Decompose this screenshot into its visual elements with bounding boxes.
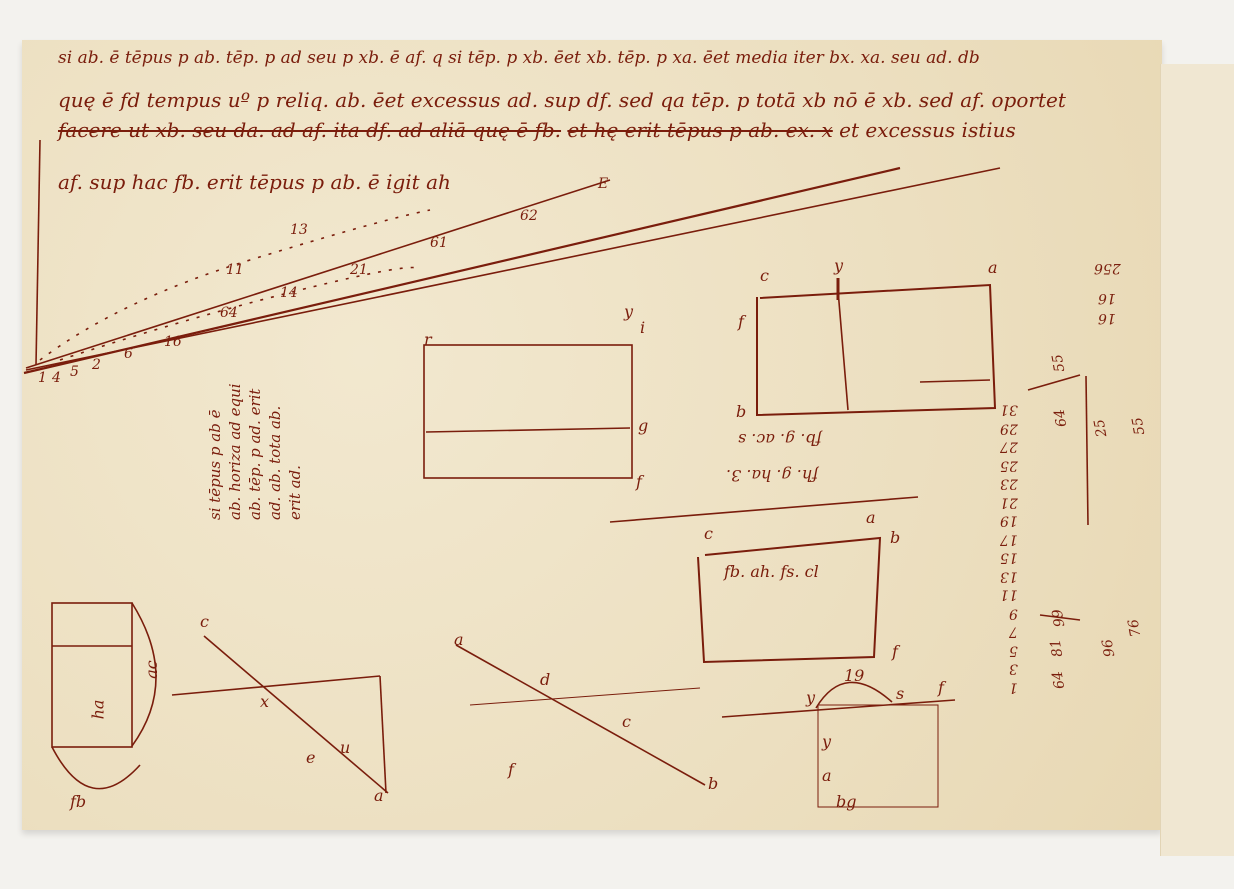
label-a: a	[866, 508, 876, 527]
cyl-label-fb: fb	[70, 792, 86, 811]
ray-label: 2	[92, 357, 101, 373]
ray-label: 4	[52, 370, 61, 386]
crossline-2	[470, 688, 700, 705]
ray-label: 21	[350, 262, 368, 278]
dotted-curve-1	[40, 210, 430, 360]
label-y: y	[624, 302, 633, 321]
calc-mid-3: 25	[1091, 418, 1110, 438]
calc-top-2: 16	[1098, 290, 1116, 306]
arch-baseline	[722, 700, 955, 717]
tri2-label-b: b	[708, 774, 718, 793]
arch-label-a: a	[822, 766, 832, 785]
label-a: a	[988, 258, 998, 277]
calc-top-3: 16	[1098, 310, 1116, 326]
number-item: 19	[1000, 511, 1018, 530]
label-b: b	[890, 528, 900, 547]
label-b: b	[736, 402, 746, 421]
rect-divider-y	[838, 290, 848, 410]
label-i: i	[640, 318, 645, 337]
ray-label: 11	[226, 262, 244, 278]
ray-label: 13	[290, 222, 308, 238]
ray-label: 5	[70, 364, 79, 380]
calc-mid-2: 64	[1051, 408, 1070, 428]
number-item: 29	[1000, 419, 1018, 438]
arch-label-19: 19	[844, 666, 864, 685]
inner-line	[920, 380, 990, 382]
label-y: y	[834, 256, 843, 275]
ray-label: 14	[280, 285, 298, 301]
calc-bottom-3: 64	[1049, 670, 1068, 690]
rect-top-right	[757, 285, 995, 415]
label-c: c	[760, 266, 769, 285]
number-item: 11	[1000, 585, 1018, 604]
number-item: 7	[1000, 622, 1018, 641]
tri2-label-c: c	[622, 712, 631, 731]
under-rect-text-2: fh. g. ha. 3.	[726, 466, 818, 485]
label-f: f	[738, 312, 744, 331]
dotted-curve-2	[60, 268, 420, 361]
label-r: r	[424, 330, 432, 349]
calc-mid-4: 55	[1129, 416, 1148, 436]
tri-label-a: a	[374, 786, 384, 805]
number-item: 31	[1000, 400, 1018, 419]
rect-left	[424, 345, 632, 478]
calc-line	[1028, 375, 1080, 390]
tri2-label-f: f	[508, 760, 514, 779]
numbers-column: 31 29 27 25 23 21 19 17 15 13 11 9 7 5 3…	[1000, 400, 1018, 696]
arch	[816, 682, 892, 708]
tri-label-u: u	[340, 738, 350, 757]
number-item: 1	[1000, 678, 1018, 697]
calc-bottom-1: 99	[1049, 608, 1068, 628]
ray-label: 1	[38, 370, 47, 386]
ray-label: E	[598, 176, 608, 192]
ray-label: 64	[220, 305, 238, 321]
calc-mid-1: 55	[1049, 353, 1068, 373]
rect-left-divider	[426, 428, 630, 432]
number-item: 21	[1000, 493, 1018, 512]
cylinder-bottom	[52, 747, 140, 789]
number-item: 3	[1000, 659, 1018, 678]
arch-label-bg: bg	[836, 792, 856, 811]
calc-bottom-4: 96	[1099, 638, 1118, 658]
tri-label-c: c	[200, 612, 209, 631]
tri2-label-a: a	[454, 630, 464, 649]
number-item: 17	[1000, 530, 1018, 549]
side-1	[380, 676, 386, 793]
number-item: 5	[1000, 641, 1018, 660]
arch-label-f: f	[938, 678, 944, 697]
ray-label: 6	[124, 346, 133, 362]
arch-label-y: y	[806, 688, 815, 707]
cyl-label-ac: ac	[142, 660, 161, 679]
number-item: 25	[1000, 456, 1018, 475]
arch-label-s: s	[896, 684, 904, 703]
diagrams	[0, 0, 1234, 889]
label-f: f	[636, 472, 642, 491]
ray-label: 16	[164, 334, 182, 350]
calc-bottom-5: 76	[1125, 618, 1144, 638]
tri2-label-d: d	[540, 670, 550, 689]
diag-1	[204, 636, 388, 793]
under-rect-text-1: fb. g. ac. s	[738, 430, 822, 449]
vertical-axis	[36, 140, 40, 365]
label-g: g	[638, 416, 648, 435]
cyl-label-ha: ha	[88, 700, 107, 720]
diag-2	[456, 645, 705, 785]
tri-label-e: e	[306, 748, 315, 767]
calc-vertical	[1086, 376, 1088, 525]
number-item: 27	[1000, 437, 1018, 456]
calc-bottom-2: 81	[1047, 638, 1066, 658]
number-item: 13	[1000, 567, 1018, 586]
number-item: 23	[1000, 474, 1018, 493]
cylinder-rect	[52, 603, 132, 747]
number-item: 15	[1000, 548, 1018, 567]
tri-label-x: x	[260, 692, 269, 711]
ray-label: 62	[520, 208, 538, 224]
ray-label: 61	[430, 235, 448, 251]
arch-label-y2: y	[822, 732, 831, 751]
rect-mid	[698, 538, 880, 662]
label-c: c	[704, 524, 713, 543]
calc-top-1: 256	[1094, 260, 1121, 276]
number-item: 9	[1000, 604, 1018, 623]
crossline-1	[172, 676, 380, 695]
label-f: f	[892, 642, 898, 661]
rect-mid-text: fb. ah. fs. cl	[724, 562, 819, 581]
